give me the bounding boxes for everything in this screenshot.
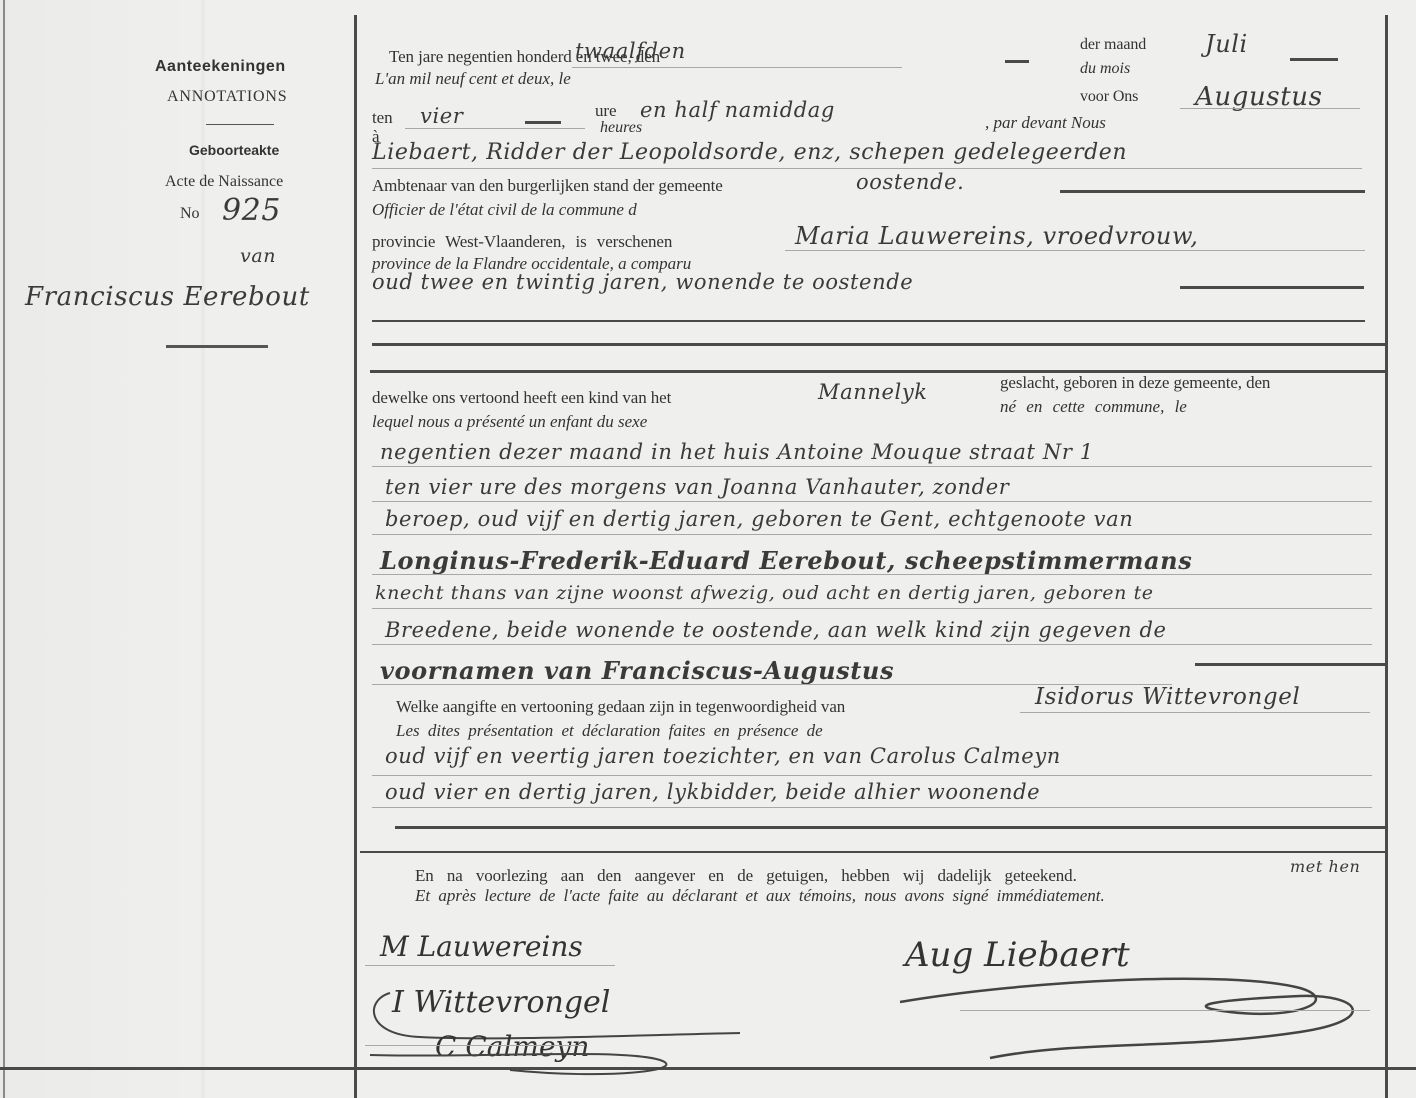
- municipality-field: oostende.: [856, 170, 964, 194]
- child-detail-line-5: knecht thans van zijne woonst afwezig, o…: [375, 582, 1154, 604]
- section3-start-rule: [360, 851, 1385, 853]
- annotations-subtitle: ANNOTATIONS: [167, 88, 287, 106]
- section2-end-rule: [395, 826, 1385, 829]
- official-line: Liebaert, Ridder der Leopoldsorde, enz, …: [372, 140, 1127, 165]
- annotations-divider: [206, 124, 274, 125]
- subject-name: Franciscus Eerebout: [25, 282, 310, 312]
- day-dash: [1005, 60, 1029, 63]
- closing-fr: Et après lecture de l'acte faite au décl…: [415, 886, 1105, 906]
- child-detail-line-3: beroep, oud vijf en dertig jaren, gebore…: [385, 507, 1133, 531]
- month-label-nl: der maand: [1080, 36, 1146, 54]
- hour-underline: [405, 128, 585, 129]
- month-label-fr: du mois: [1080, 60, 1130, 78]
- hour-dash: [525, 121, 561, 124]
- forenames-dash: [1195, 663, 1385, 666]
- day-field: twaalfden: [575, 39, 686, 63]
- ten-label: ten: [372, 108, 392, 128]
- ure-label: ure: [595, 101, 616, 121]
- child-intro-nl: dewelke ons vertoond heeft een kind van …: [372, 388, 671, 408]
- left-margin-line: [3, 0, 5, 1098]
- declarant-underline: [785, 250, 1365, 251]
- act-type-nl: Geboorteakte: [189, 142, 279, 158]
- witness-intro-fr: Les dites présentation et déclaration fa…: [396, 721, 823, 741]
- signature-flourish-witness2: [360, 1040, 780, 1098]
- declarant-line2: oud twee en twintig jaren, wonende te oo…: [372, 270, 913, 294]
- declarant-dash2: [372, 320, 1365, 322]
- child-detail-line-6: Breedene, beide wonende te oostende, aan…: [385, 618, 1167, 642]
- day-underline: [572, 67, 902, 68]
- witness-line-2: oud vier en dertig jaren, lykbidder, bei…: [385, 780, 1040, 804]
- ambtenaar-nl: Ambtenaar van den burgerlijken stand der…: [372, 176, 723, 196]
- annotations-title: Aanteekeningen: [155, 58, 286, 76]
- intro-fr: L'an mil neuf cent et deux, le: [375, 69, 571, 89]
- annotations-van: van: [240, 245, 276, 267]
- voor-ons-label: voor Ons: [1080, 88, 1138, 106]
- declarant-dash: [1180, 286, 1364, 289]
- time-suffix: en half namiddag: [640, 98, 835, 122]
- child-forenames-line: voornamen van Franciscus-Augustus: [380, 656, 894, 685]
- witness1-name: Isidorus Wittevrongel: [1035, 684, 1300, 710]
- sex-field: Mannelyk: [818, 380, 928, 404]
- right-border: [1385, 15, 1388, 1098]
- par-devant-label: , par devant Nous: [985, 113, 1106, 133]
- birth-certificate-page: Aanteekeningen ANNOTATIONS Geboorteakte …: [0, 0, 1416, 1098]
- number-label: No: [180, 205, 200, 223]
- month-field: Juli: [1205, 30, 1248, 58]
- official-underline: [372, 168, 1362, 169]
- column-divider: [354, 15, 357, 1098]
- child-intro-fr: lequel nous a présenté un enfant du sexe: [372, 412, 647, 432]
- witness-line-1: oud vijf en veertig jaren toezichter, en…: [385, 744, 1061, 768]
- witness-intro-nl: Welke aangifte en vertooning gedaan zijn…: [396, 697, 845, 717]
- official-first-underline: [1180, 108, 1360, 109]
- child-detail-line-2: ten vier ure des morgens van Joanna Vanh…: [385, 475, 1009, 499]
- signature-flourish-official: [880, 960, 1380, 1070]
- section1-end-rule: [372, 343, 1385, 346]
- hour-field: vier: [420, 104, 463, 128]
- month-dash: [1290, 58, 1338, 61]
- closing-addendum: met hen: [1290, 857, 1360, 876]
- born-fr: né en cette commune, le: [1000, 397, 1187, 417]
- subject-underline: [166, 345, 268, 348]
- child-detail-line-1: negentien dezer maand in het huis Antoin…: [380, 440, 1094, 464]
- signature-declarant: M Lauwereins: [380, 930, 583, 963]
- born-nl: geslacht, geboren in deze gemeente, den: [1000, 373, 1270, 393]
- ambtenaar-fr: Officier de l'état civil de la commune d: [372, 200, 637, 220]
- declarant-field: Maria Lauwereins, vroedvrouw,: [795, 222, 1199, 250]
- father-name-line: Longinus-Frederik-Eduard Eerebout, schee…: [380, 546, 1192, 575]
- provincie-nl: provincie West-Vlaanderen, is verschenen: [372, 232, 672, 252]
- closing-nl: En na voorlezing aan den aangever en de …: [415, 866, 1077, 886]
- act-number: 925: [222, 193, 281, 228]
- municipality-dash: [1060, 190, 1365, 193]
- act-type-fr: Acte de Naissance: [165, 173, 283, 191]
- heures-label: heures: [600, 119, 642, 137]
